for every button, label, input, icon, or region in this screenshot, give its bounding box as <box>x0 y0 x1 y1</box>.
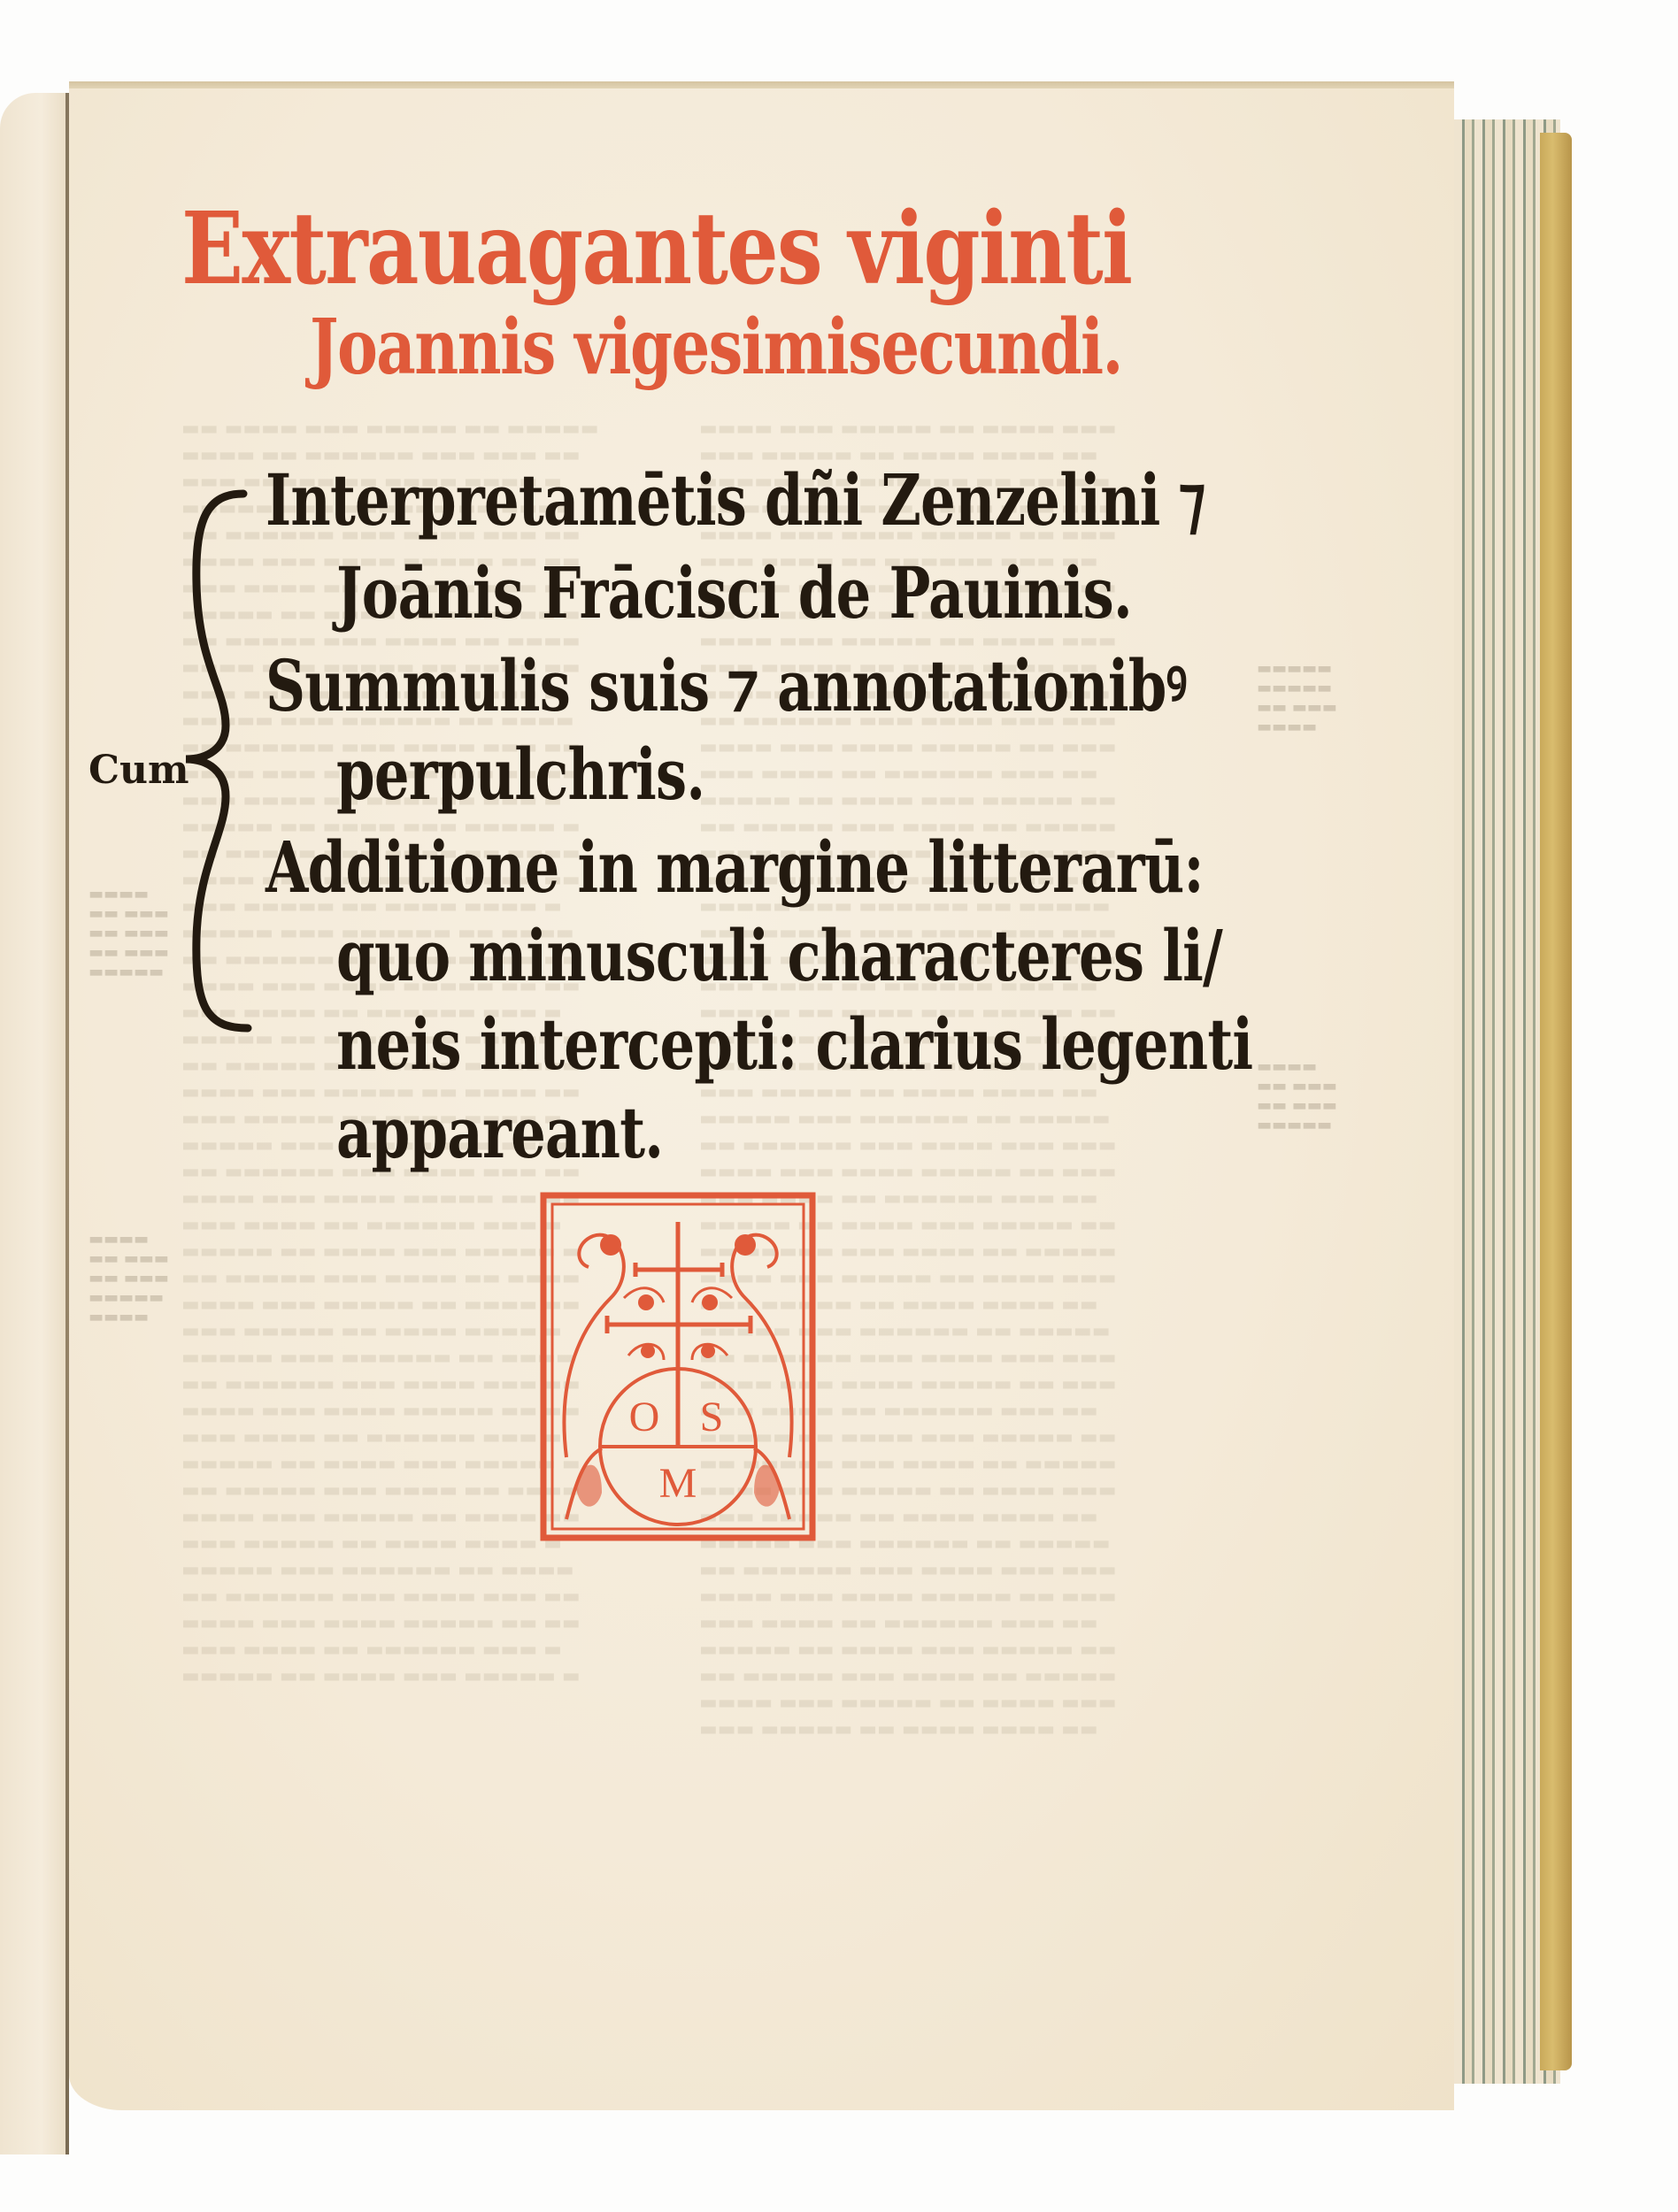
device-letter-m: M <box>659 1460 697 1507</box>
previous-page-edge <box>0 93 69 2154</box>
margin-note-showthrough: ▬▬▬▬▬ ▬▬▬▬▬ ▬▬ ▬▬▬ ▬▬▬▬ <box>1257 659 1337 737</box>
printers-device-emblem: O S M <box>540 1192 816 1541</box>
body-line-7: neis intercepti: clarius legenti <box>336 1000 1252 1088</box>
body-line-4: perpulchris. <box>336 730 704 818</box>
book-cover-edge <box>1540 133 1572 2070</box>
device-letter-o: O <box>629 1394 660 1440</box>
title-line-1: Extrauagantes viginti <box>181 196 1131 303</box>
body-line-1: Interpretamētis dñi Zenzelini ⁊ <box>266 456 1205 544</box>
margin-note-showthrough: ▬▬▬▬ ▬▬ ▬▬▬ ▬▬ ▬▬▬ ▬▬▬▬▬ <box>1257 1057 1337 1135</box>
body-line-8: appareant. <box>336 1088 663 1177</box>
bracket-label-cum: Cum <box>89 748 189 793</box>
body-line-3: Summulis suis ⁊ annotationibꝰ <box>266 641 1187 730</box>
curly-brace-icon <box>177 478 257 1044</box>
body-line-6: quo minusculi characteres li/ <box>336 911 1222 1000</box>
device-letter-s: S <box>700 1394 724 1440</box>
title-line-2: Joannis vigesimisecundi. <box>310 305 1122 390</box>
body-line-5: Additione in margine litterarū: <box>266 823 1204 911</box>
margin-note-showthrough: ▬▬▬▬ ▬▬ ▬▬▬ ▬▬ ▬▬▬ ▬▬ ▬▬▬ ▬▬▬▬▬ <box>89 885 169 982</box>
margin-note-showthrough: ▬▬▬▬ ▬▬ ▬▬▬ ▬▬ ▬▬▬ ▬▬▬▬▬ ▬▬▬▬ <box>89 1230 169 1327</box>
body-line-2: Joānis Frācisci de Pauinis. <box>336 549 1132 637</box>
